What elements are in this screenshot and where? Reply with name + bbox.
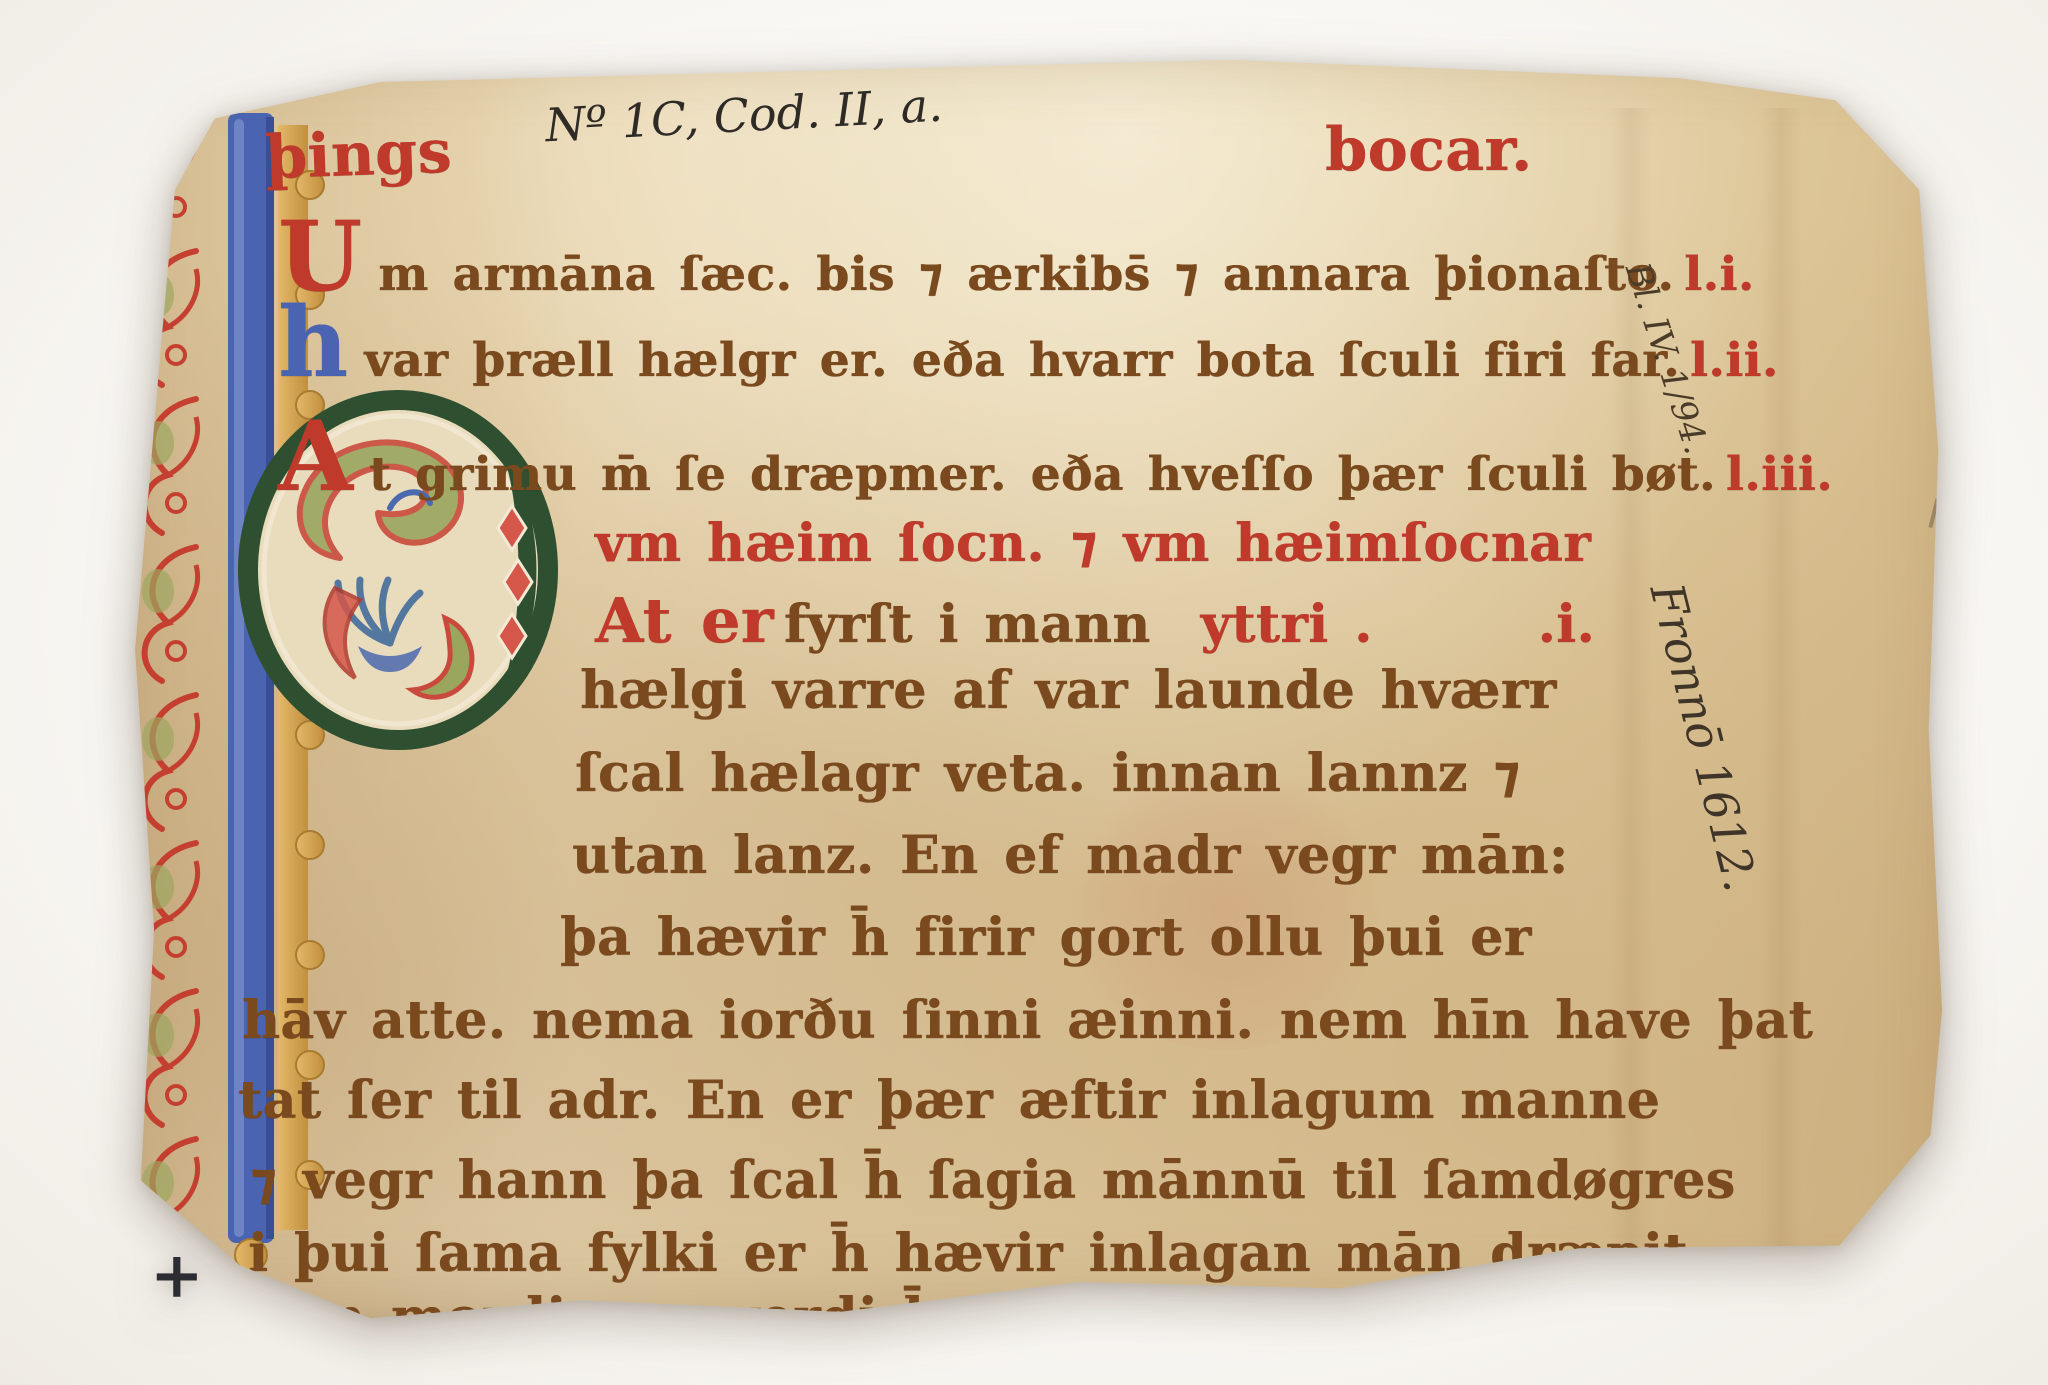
- chapter-number: l.iii.: [1726, 451, 1833, 498]
- body-line: hāv atte. nema iorðu ſinni æinni. nem hī…: [242, 995, 1813, 1047]
- incipit-red: yttri .: [1201, 599, 1373, 651]
- body-line: ſcal hælagr veta. innan lannz ⁊: [575, 748, 1520, 800]
- toc-initial: A: [278, 422, 353, 491]
- incipit-line: At er fyrſt i mann yttri . .i.: [595, 590, 1595, 652]
- body-line: i þui ſama fylki er h̄ hævir inlagan mān…: [248, 1228, 1706, 1280]
- body-line: utan lanz. En ef madr vegr mān:: [572, 830, 1568, 882]
- incipit-text: fyrſt i mann: [784, 599, 1151, 651]
- red-flourish: [142, 103, 198, 1273]
- toc-initial: U: [278, 222, 362, 291]
- chapter-rubric: vm hæim ſocn. ⁊ vm hæimſocnar: [595, 518, 1591, 570]
- chapter-number: l.i.: [1684, 251, 1754, 298]
- photo-backdrop: Nº 1C, Cod. II, a. þings bocar. U m armā…: [0, 0, 2048, 1385]
- toc-line: U m armāna ſæc. bis ⁊ ærkibs̄ ⁊ annara þ…: [278, 222, 1608, 298]
- body-line: tat ſer til adr. En er þær æftir inlagum…: [238, 1075, 1660, 1127]
- body-line: hælgi varre af var launde hværr: [580, 665, 1557, 717]
- body-line: þa hævir h̄ firir gort ollu þui er: [560, 912, 1532, 964]
- cross-mark: +: [150, 1238, 204, 1313]
- body-line: enn mordinger verdi h̄ er hann ſegir eig…: [255, 1292, 1682, 1344]
- toc-initial: h: [278, 308, 348, 377]
- header-rubric-left: þings: [264, 122, 453, 188]
- chapter-number: .i.: [1538, 599, 1595, 651]
- toc-line: h var þræll hælgr er. eða hvarr bota ſcu…: [278, 308, 1608, 384]
- body-line: ⁊ vegr hann þa ſcal h̄ ſagia mānnū til ſ…: [250, 1155, 1735, 1207]
- chapter-number: l.ii.: [1690, 337, 1779, 384]
- toc-text: var þræll hælgr er. eða hvarr bota ſculi…: [364, 337, 1680, 384]
- toc-line: A t grimu m̄ ſe dræpmer. eða hveſſo þær …: [278, 422, 1608, 498]
- toc-text: t grimu m̄ ſe dræpmer. eða hveſſo þær ſc…: [369, 451, 1716, 498]
- incipit-lead: At er: [595, 590, 774, 652]
- manuscript-page: Nº 1C, Cod. II, a. þings bocar. U m armā…: [80, 30, 1980, 1330]
- header-rubric-right: bocar.: [1325, 120, 1532, 180]
- toc-text: m armāna ſæc. bis ⁊ ærkibs̄ ⁊ annara þio…: [378, 251, 1674, 298]
